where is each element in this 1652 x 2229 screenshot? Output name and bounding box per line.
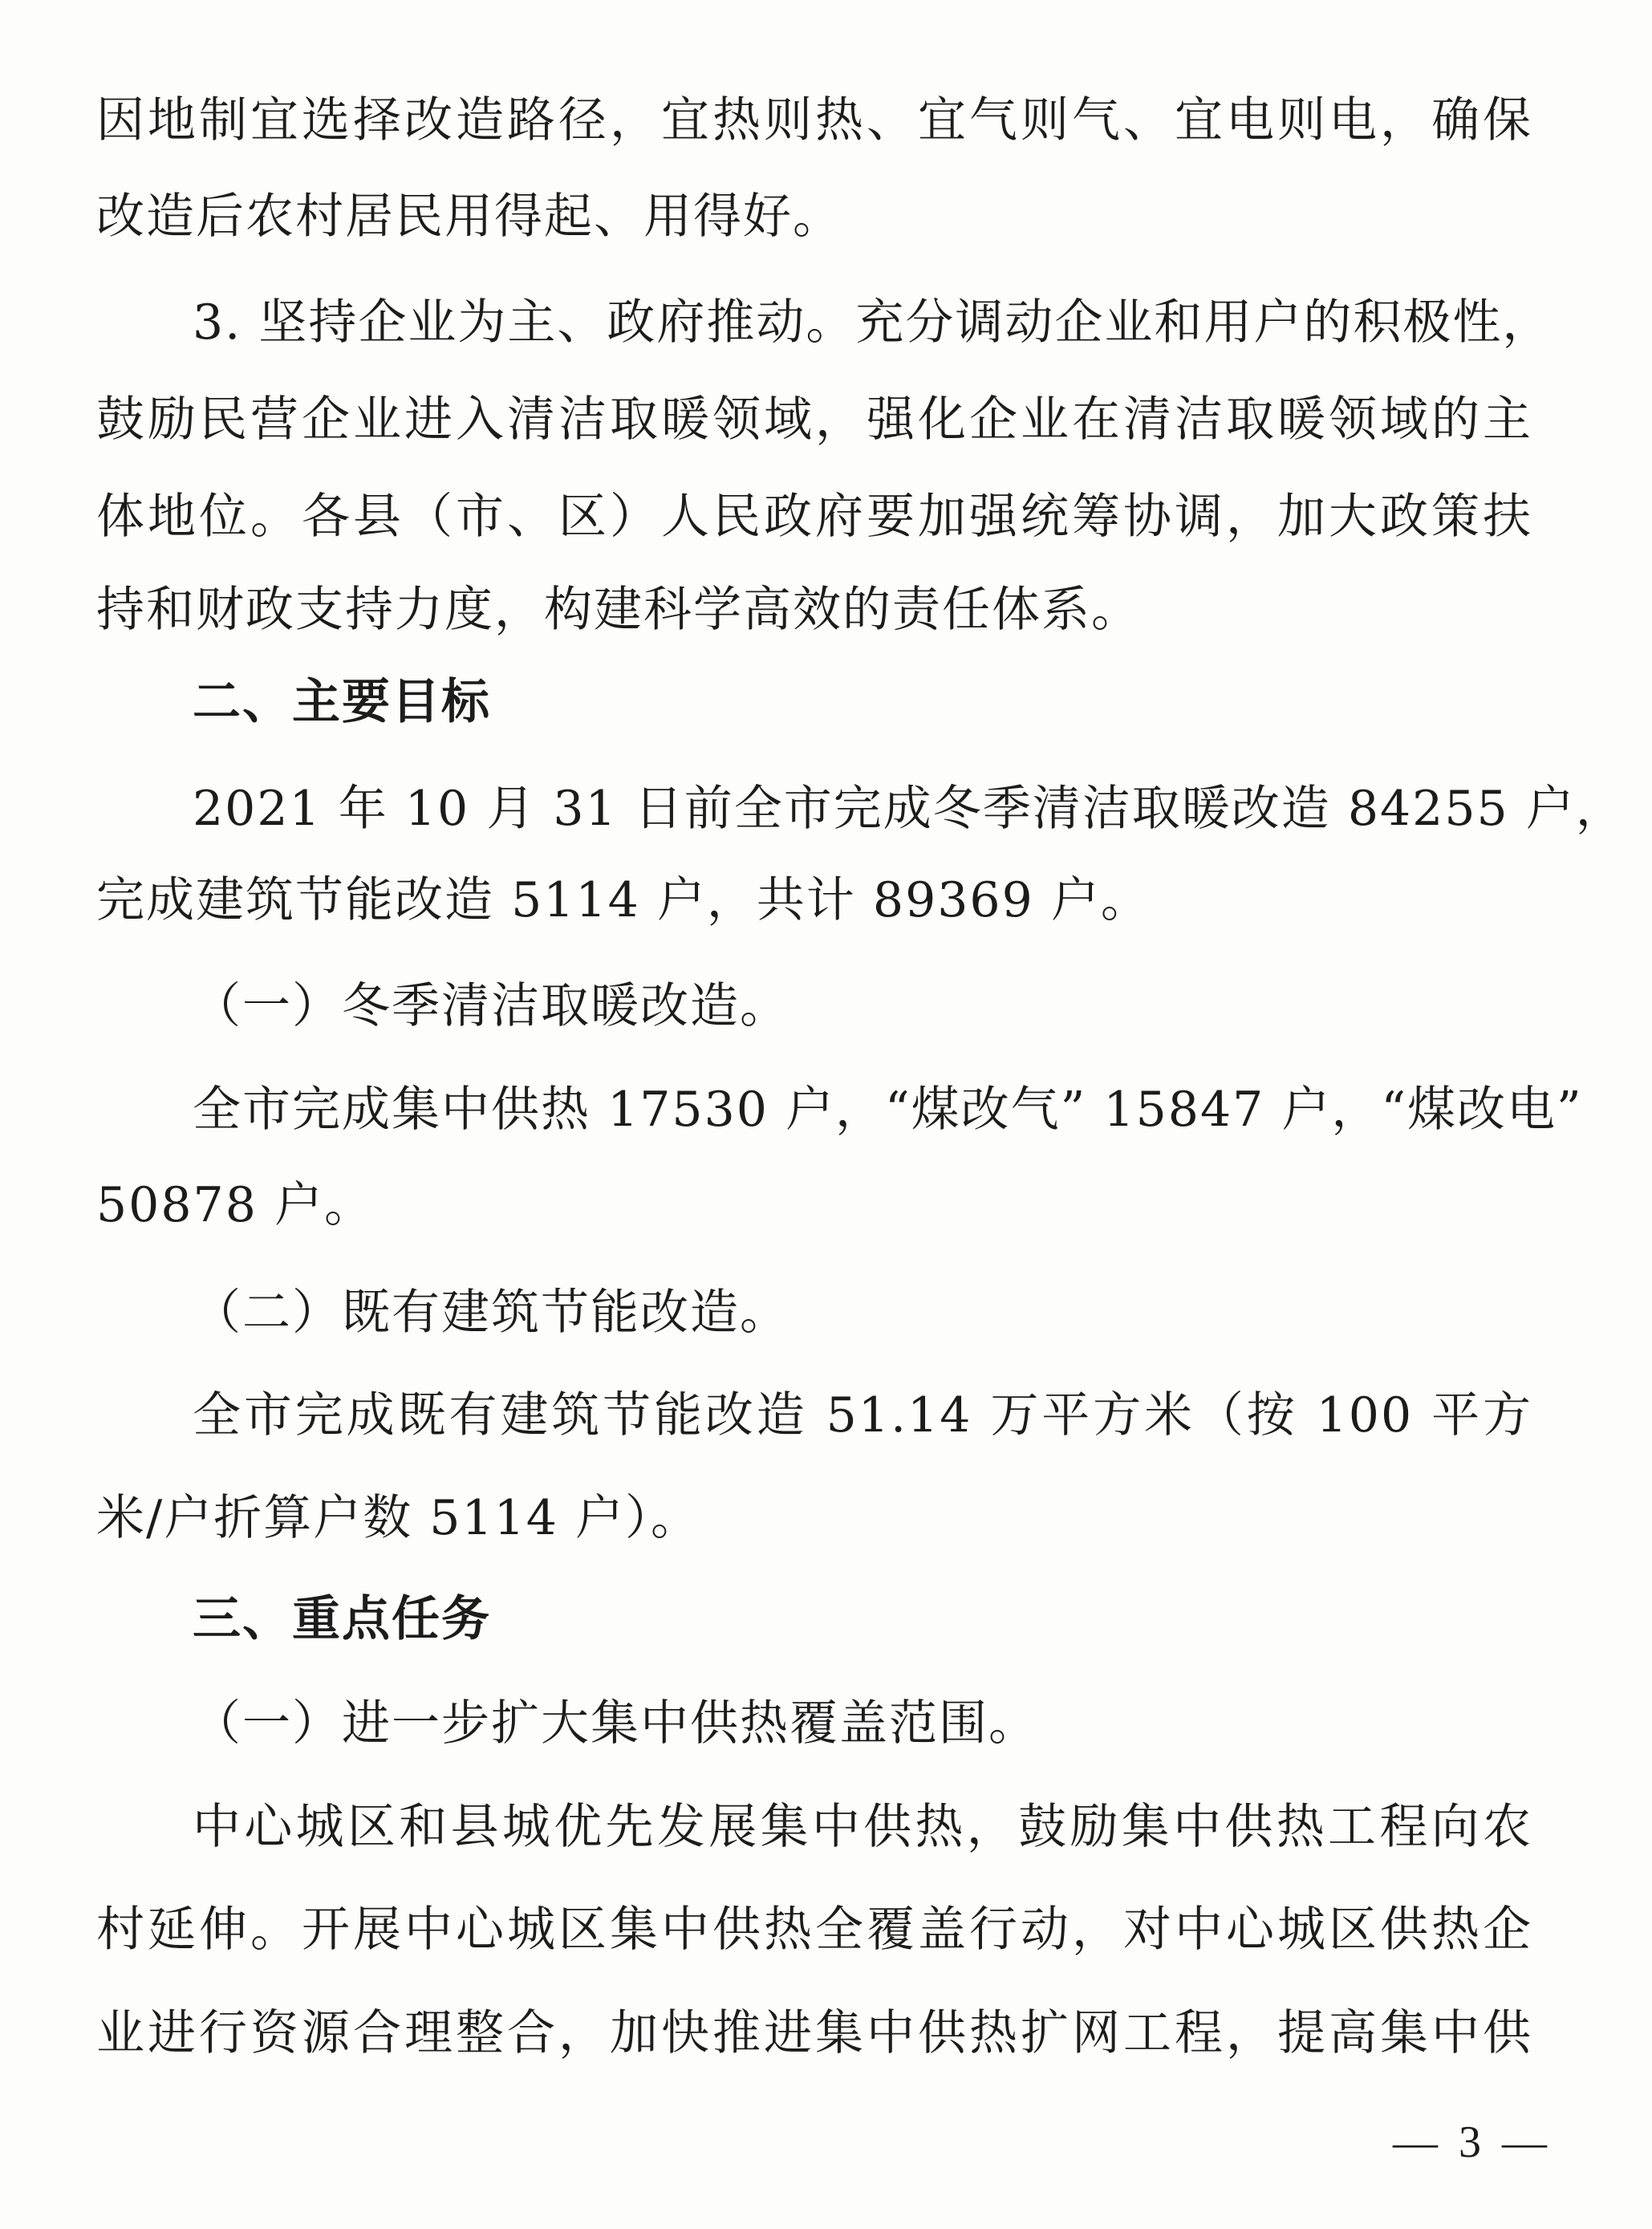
paragraph-line: 因地制宜选择改造路径，宜热则热、宜气则气、宜电则电，确保 [96,88,1532,152]
section-heading: 二、主要目标 [193,670,1532,734]
paragraph-line: 改造后农村居民用得起、用得好。 [96,185,1532,249]
paragraph-line: 全市完成集中供热 17530 户，“煤改气” 15847 户，“煤改电” [193,1078,1532,1142]
section-heading: 三、重点任务 [193,1587,1532,1651]
paragraph-line: 全市完成既有建筑节能改造 51.14 万平方米（按 100 平方 [193,1383,1532,1447]
paragraph-line: 持和财政支持力度，构建科学高效的责任体系。 [96,578,1532,642]
document-page: 因地制宜选择改造路径，宜热则热、宜气则气、宜电则电，确保改造后农村居民用得起、用… [0,0,1652,2229]
paragraph-line: 3. 坚持企业为主、政府推动。充分调动企业和用户的积极性， [193,290,1532,355]
paragraph-line: 业进行资源合理整合，加快推进集中供热扩网工程，提高集中供 [96,2001,1532,2065]
paragraph-line: 体地位。各县（市、区）人民政府要加强统筹协调，加大政策扶 [96,485,1532,549]
paragraph-line: 50878 户。 [96,1173,1532,1237]
paragraph-line: 米/户折算户数 5114 户）。 [96,1486,1532,1550]
paragraph-line: 村延伸。开展中心城区集中供热全覆盖行动，对中心城区供热企 [96,1898,1532,1962]
paragraph-line: 中心城区和县城优先发展集中供热，鼓励集中供热工程向农 [193,1795,1532,1859]
paragraph-line: 完成建筑节能改造 5114 户，共计 89369 户。 [96,868,1532,932]
page-number: — 3 — [1380,2110,1565,2174]
paragraph-line: （一）冬季清洁取暖改造。 [193,974,1532,1038]
paragraph-line: （二）既有建筑节能改造。 [193,1281,1532,1345]
paragraph-line: （一）进一步扩大集中供热覆盖范围。 [193,1691,1532,1756]
paragraph-line: 2021 年 10 月 31 日前全市完成冬季清洁取暖改造 84255 户， [193,777,1532,841]
paragraph-line: 鼓励民营企业进入清洁取暖领域，强化企业在清洁取暖领域的主 [96,388,1532,452]
